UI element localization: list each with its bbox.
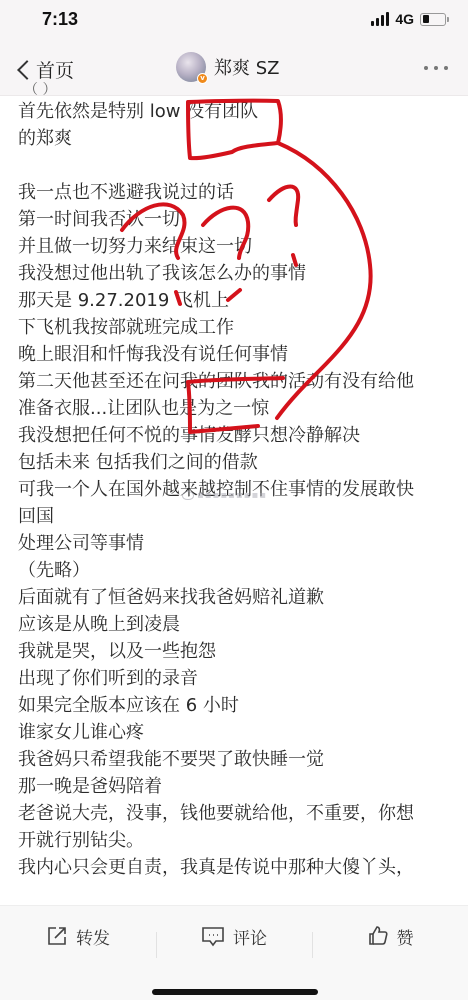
comment-label: 评论 <box>233 924 267 949</box>
post-line: （先略） <box>18 557 458 584</box>
comment-button[interactable]: 评论 <box>156 924 312 949</box>
post-line: 的郑爽 <box>18 125 458 152</box>
post-line: 首先依然是特别 low 没有团队 <box>18 98 458 125</box>
network-type: 4G <box>395 11 414 27</box>
post-line-blank <box>18 152 458 179</box>
weibo-watermark: ▪▪▪▪▪▪▪▪▪ <box>182 490 267 501</box>
post-line: 我一点也不逃避我说过的话 <box>18 179 458 206</box>
post-body: （ ） 首先依然是特别 low 没有团队 的郑爽 我一点也不逃避我说过的话 第一… <box>18 82 458 881</box>
like-label: 赞 <box>397 924 414 949</box>
status-bar: 7:13 4G <box>0 0 468 44</box>
more-dot-icon <box>434 66 438 70</box>
more-dot-icon <box>444 66 448 70</box>
post-line: 我没想过他出轨了我该怎么办的事情 <box>18 260 458 287</box>
comment-icon <box>201 925 225 947</box>
repost-label: 转发 <box>76 924 110 949</box>
weibo-post-screen: 7:13 4G 首页 v 郑爽 SZ （ ） <box>0 0 468 1000</box>
post-line: 包括未来 包括我们之间的借款 <box>18 449 458 476</box>
post-line: 回国 <box>18 503 458 530</box>
post-line: 处理公司等事情 <box>18 530 458 557</box>
post-line: 那天是 9.27.2019 飞机上 <box>18 287 458 314</box>
post-line: 我内心只会更自责，我真是传说中那种大傻丫头， <box>18 854 458 881</box>
post-line: 老爸说大壳，没事，钱他要就给他，不重要，你想 <box>18 800 458 827</box>
status-indicators: 4G <box>371 11 446 27</box>
thumbs-up-icon <box>367 925 389 947</box>
post-line: 第一时间我否认一切 <box>18 206 458 233</box>
post-line: 谁家女儿谁心疼 <box>18 719 458 746</box>
repost-icon <box>46 925 68 947</box>
like-button[interactable]: 赞 <box>312 924 468 949</box>
home-indicator[interactable] <box>152 989 318 995</box>
post-line: 我就是哭，以及一些抱怨 <box>18 638 458 665</box>
watermark-blur: ▪▪▪▪▪▪▪▪▪ <box>197 490 267 501</box>
post-line: 如果完全版本应该在 6 小时 <box>18 692 458 719</box>
status-time: 7:13 <box>42 9 78 30</box>
more-dot-icon <box>424 66 428 70</box>
post-line: 那一晚是爸妈陪着 <box>18 773 458 800</box>
back-label: 首页 <box>36 56 74 83</box>
battery-icon <box>420 13 446 26</box>
post-line: 晚上眼泪和忏悔我没有说任何事情 <box>18 341 458 368</box>
post-line: 出现了你们听到的录音 <box>18 665 458 692</box>
weibo-logo-icon <box>182 491 194 500</box>
author-name[interactable]: 郑爽 SZ <box>214 54 279 80</box>
post-line: 下飞机我按部就班完成工作 <box>18 314 458 341</box>
post-line: 我爸妈只希望我能不要哭了敢快睡一觉 <box>18 746 458 773</box>
signal-icon <box>371 12 389 26</box>
cutoff-line: （ ） <box>18 82 458 98</box>
back-button[interactable]: 首页 <box>14 56 74 83</box>
chevron-left-icon <box>17 60 37 80</box>
post-line: 准备衣服...让团队也是为之一惊 <box>18 395 458 422</box>
author-header[interactable]: v 郑爽 SZ <box>176 52 279 82</box>
post-line: 我没想把任何不悦的事情发酵只想冷静解决 <box>18 422 458 449</box>
more-button[interactable] <box>424 66 448 70</box>
post-line: 第二天他甚至还在问我的团队我的活动有没有给他 <box>18 368 458 395</box>
battery-level <box>423 15 429 23</box>
post-line: 后面就有了恒爸妈来找我爸妈赔礼道歉 <box>18 584 458 611</box>
avatar[interactable]: v <box>176 52 206 82</box>
repost-button[interactable]: 转发 <box>0 924 156 949</box>
bottom-action-bar: 转发 评论 赞 <box>0 905 468 1000</box>
post-line: 应该是从晚上到凌晨 <box>18 611 458 638</box>
post-line: 开就行别钻尖。 <box>18 827 458 854</box>
post-line: 并且做一切努力来结束这一切 <box>18 233 458 260</box>
